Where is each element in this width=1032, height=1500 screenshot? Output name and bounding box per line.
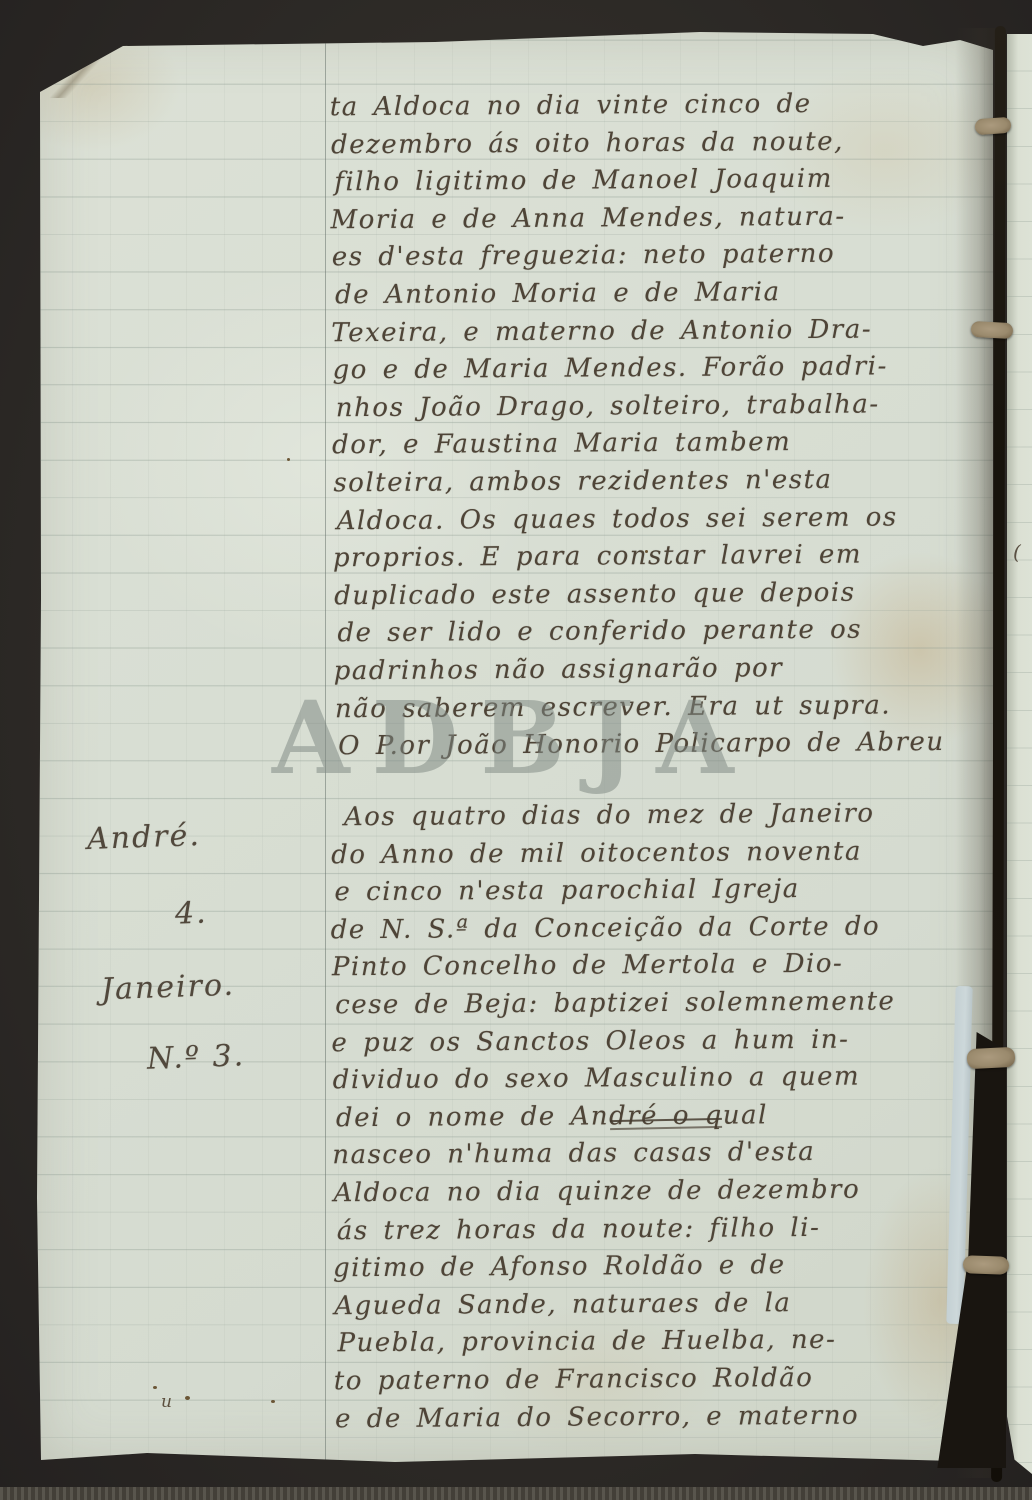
- record2-line: nasceo n'huma das casas d'esta: [332, 1133, 992, 1175]
- record1-line: Texeira, e materno de Antonio Dra-: [331, 310, 991, 352]
- record2-line: cese de Beja: baptizei solemnemente: [331, 983, 991, 1025]
- ink-speck: [153, 1386, 157, 1389]
- corner-fold-crease: [33, 42, 133, 98]
- record1-line: dor, e Faustina Maria tambem: [332, 423, 992, 465]
- record2-line: Aldoca no dia quinze de dezembro: [332, 1171, 992, 1213]
- record2-line: Aos quatro dias do mez de Janeiro: [330, 795, 990, 837]
- archive-watermark: ADBJA: [272, 688, 756, 788]
- facing-page-ink-mark: (: [1013, 540, 1021, 564]
- binding-thread-knot: [971, 321, 1014, 339]
- margin-note-name: André.: [86, 818, 201, 857]
- record1-line: ta Aldoca no dia vinte cinco de: [330, 85, 990, 127]
- ink-speck: [185, 1396, 190, 1400]
- record1-line: es d'esta freguezia: neto paterno: [331, 235, 991, 277]
- manuscript-scan: André. 4. Janeiro. N.º 3. ta Aldoca no d…: [0, 0, 1032, 1500]
- record1-line: Aldoca. Os quaes todos sei serem os: [333, 498, 993, 540]
- record2-line: e puz os Sanctos Oleos a hum in-: [331, 1020, 991, 1062]
- stray-ink-mark: u: [161, 1392, 172, 1412]
- record2-line: Pinto Concelho de Mertola e Dio-: [331, 945, 991, 987]
- baptism-record-2: Aos quatro dias do mez de Janeiro do Ann…: [330, 795, 994, 1439]
- facing-page-sliver: [1007, 34, 1032, 1474]
- record1-line: solteira, ambos rezidentes n'esta: [332, 461, 992, 503]
- record2-line: to paterno de Francisco Roldão: [334, 1359, 994, 1401]
- margin-note-number: N.º 3.: [146, 1038, 245, 1076]
- record2-line: dividuo do sexo Masculino a quem: [332, 1058, 992, 1100]
- binding-thread-knot: [967, 1047, 1016, 1069]
- record1-line: dezembro ás oito horas da noute,: [330, 122, 990, 164]
- record2-line: do Anno de mil oitocentos noventa: [330, 832, 990, 874]
- ink-speck: [645, 550, 648, 553]
- record1-line: Moria e de Anna Mendes, natura-: [330, 197, 990, 239]
- record1-line: duplicado este assento que depois: [333, 573, 993, 615]
- record2-line: e cinco n'esta parochial Igreja: [330, 870, 990, 912]
- record1-line: go e de Maria Mendes. Forão padri-: [331, 348, 991, 390]
- record1-line: de Antonio Moria e de Maria: [331, 273, 991, 315]
- record2-baptism-name-line: dei o nome de André o qual: [332, 1095, 992, 1137]
- baptism-record-1: ta Aldoca no dia vinte cinco de dezembro…: [330, 85, 995, 766]
- record2-line: gitimo de Afonso Roldão e de: [333, 1246, 993, 1288]
- record1-line: nhos João Drago, solteiro, trabalha-: [332, 385, 992, 427]
- record1-line: de ser lido e conferido perante os: [333, 611, 993, 653]
- ink-speck: [287, 458, 290, 461]
- record2-line: de N. S.ª da Conceição da Corte do: [331, 907, 991, 949]
- record2-line: ás trez horas da noute: filho li-: [333, 1208, 993, 1250]
- record1-line: proprios. E para constar lavrei em: [333, 536, 993, 578]
- binding-thread-knot: [963, 1255, 1010, 1275]
- record2-line: Agueda Sande, naturaes de la: [333, 1283, 993, 1325]
- record1-line: filho ligitimo de Manoel Joaquim: [330, 160, 990, 202]
- record2-line: e de Maria do Secorro, e materno: [334, 1396, 994, 1438]
- margin-note-month: Janeiro.: [100, 968, 235, 1008]
- binding-thread-knot: [974, 117, 1011, 135]
- margin-note-day: 4.: [174, 895, 208, 931]
- ink-speck: [271, 1400, 275, 1403]
- record2-line: Puebla, provincia de Huelba, ne-: [333, 1321, 993, 1363]
- table-edge-band: [0, 1487, 1032, 1500]
